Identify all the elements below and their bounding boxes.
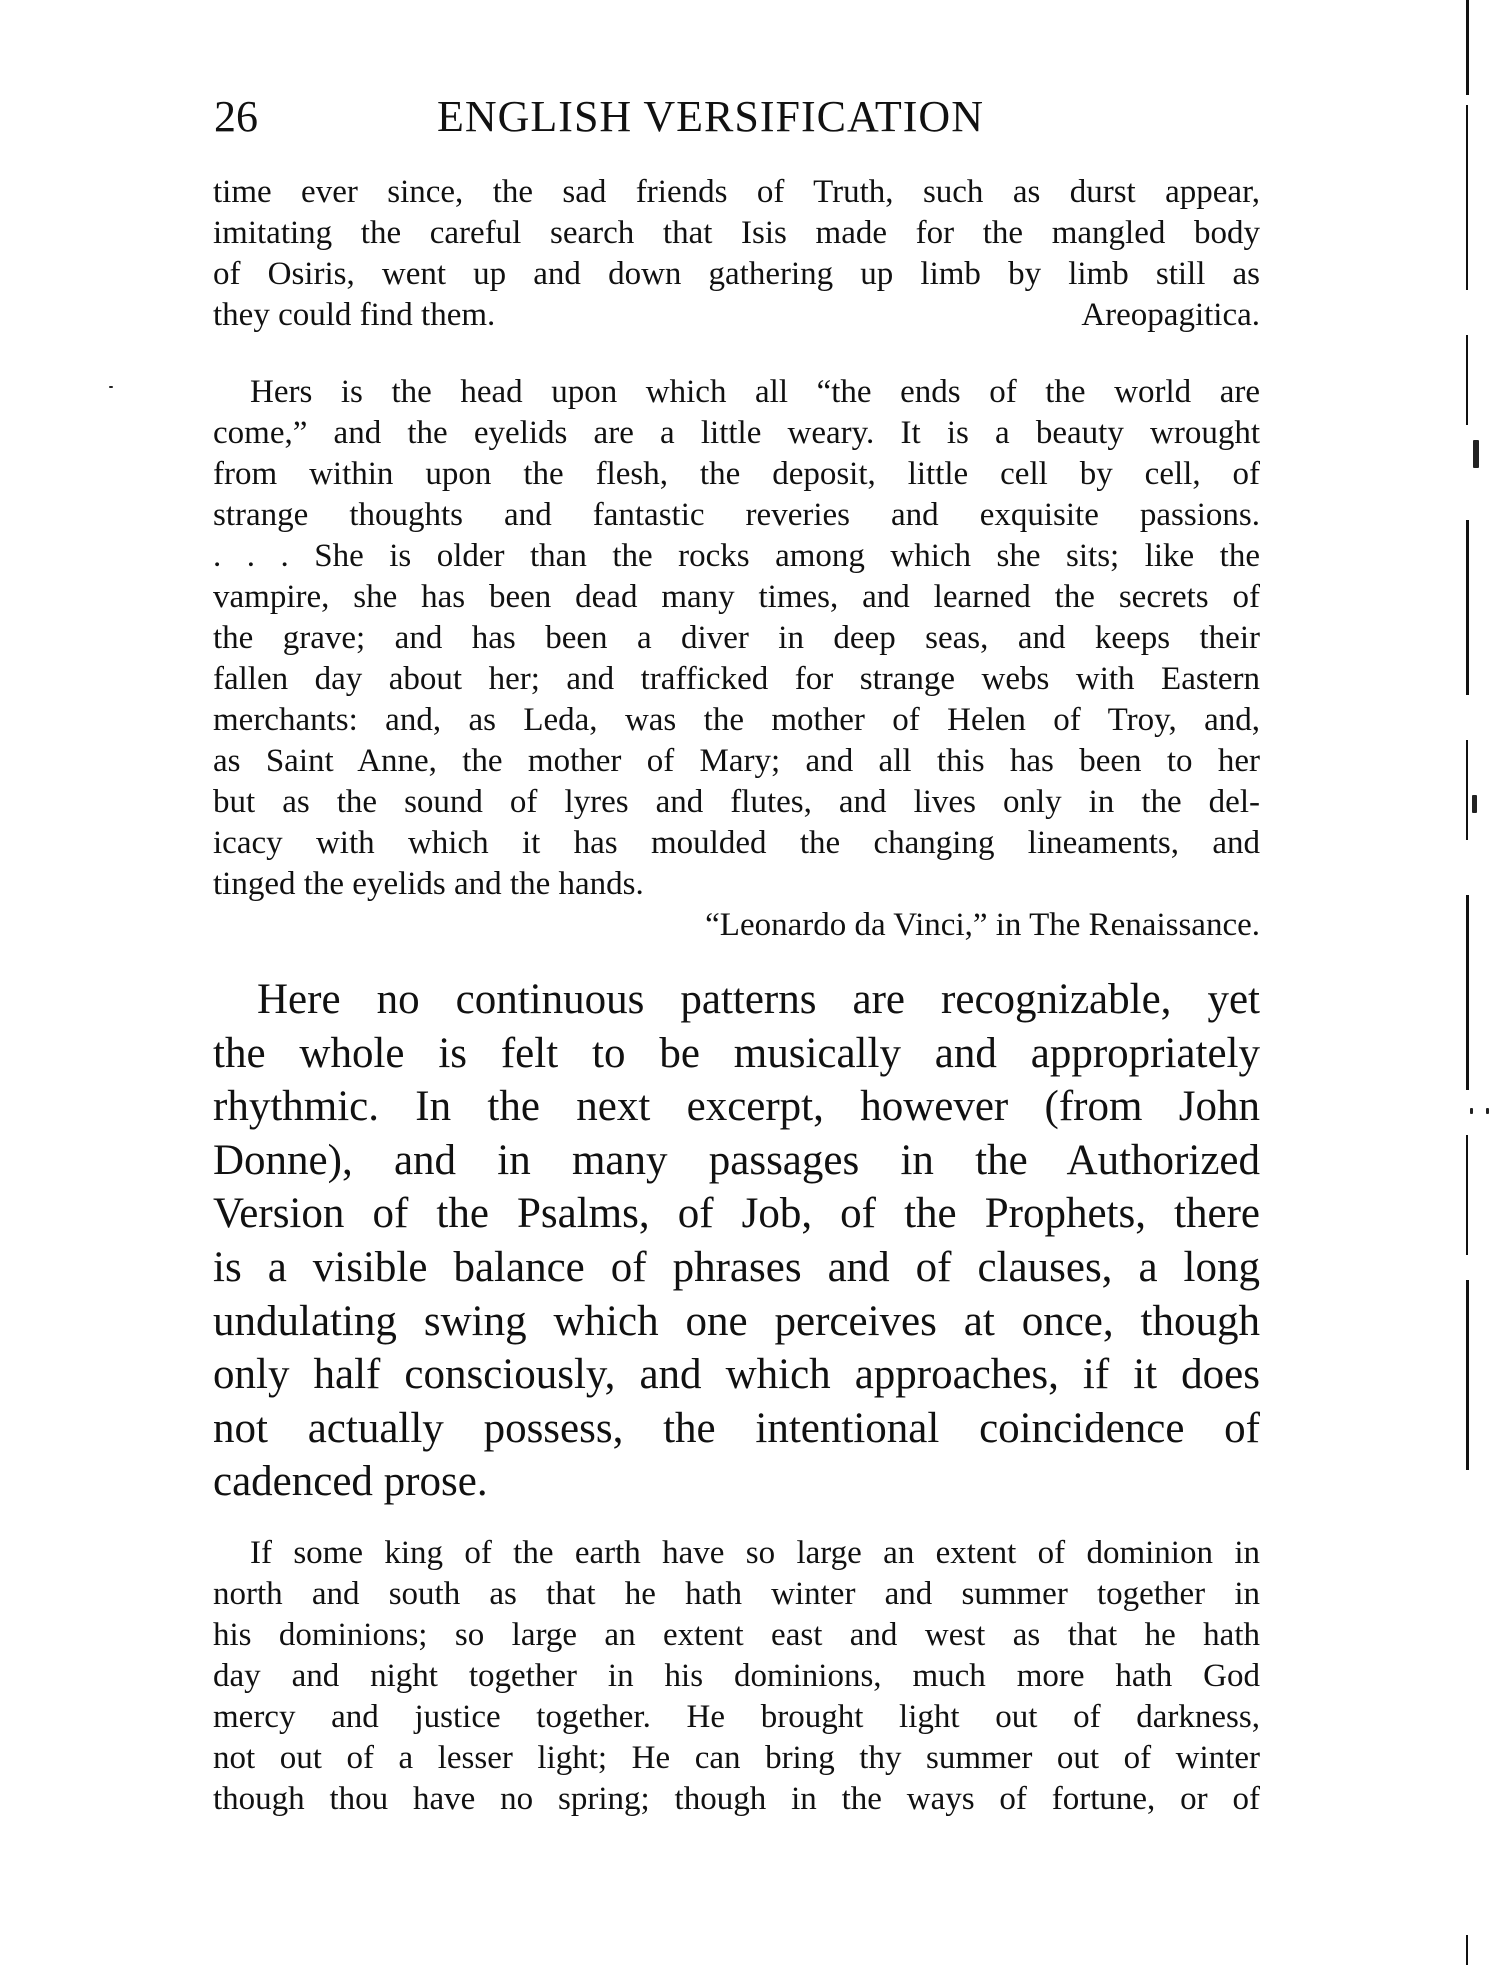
text-line: imitating the careful search that Isis m… [213,213,1260,254]
text-line: from within upon the flesh, the deposit,… [213,454,1260,495]
scan-edge-line [1466,895,1469,1090]
text-line: day and night together in his dominions,… [213,1656,1260,1697]
attribution: “Leonardo da Vinci,” in The Renaissance. [213,905,1260,946]
text-line: they could find them. [213,295,495,336]
text-line: come,” and the eyelids are a little wear… [213,413,1260,454]
page-number: 26 [214,92,258,142]
scan-edge-line [1466,740,1468,840]
scan-speck [1473,440,1479,468]
text-line: If some king of the earth have so large … [213,1533,1260,1574]
text-line: rhythmic. In the next excerpt, however (… [213,1080,1260,1134]
text-line: vampire, she has been dead many times, a… [213,577,1260,618]
text-line: is a visible balance of phrases and of c… [213,1241,1260,1295]
scan-edge-line [1466,105,1468,290]
text-line: his dominions; so large an extent east a… [213,1615,1260,1656]
text-line: north and south as that he hath winter a… [213,1574,1260,1615]
scan-edge-line [1466,1935,1468,1965]
scan-edge-line [1466,1135,1468,1255]
text-line: the grave; and has been a diver in deep … [213,618,1260,659]
quote-donne: If some king of the earth have so large … [213,1533,1260,1820]
main-paragraph: Here no continuous patterns are recogniz… [213,973,1260,1509]
scan-speck [1470,1108,1473,1114]
text-line: though thou have no spring; though in th… [213,1779,1260,1820]
text-line: the whole is felt to be musically and ap… [213,1027,1260,1081]
text-line: Version of the Psalms, of Job, of the Pr… [213,1187,1260,1241]
scan-speck [1472,795,1477,813]
text-line: . . . She is older than the rocks among … [213,536,1260,577]
scan-speck [109,386,113,388]
text-line: undulating swing which one perceives at … [213,1295,1260,1349]
text-line: merchants: and, as Leda, was the mother … [213,700,1260,741]
running-head: 26 ENGLISH VERSIFICATION [214,92,1054,142]
scan-edge-line [1466,0,1469,95]
text-line: not actually possess, the intentional co… [213,1402,1260,1456]
text-line: fallen day about her; and trafficked for… [213,659,1260,700]
text-line: tinged the eyelids and the hands. [213,864,1260,905]
running-title: ENGLISH VERSIFICATION [437,92,984,142]
text-line: Here no continuous patterns are recogniz… [213,973,1260,1027]
text-line: time ever since, the sad friends of Trut… [213,172,1260,213]
scan-edge-line [1466,1280,1469,1470]
text-line: not out of a lesser light; He can bring … [213,1738,1260,1779]
text-line-with-attribution: they could find them. Areopagitica. [213,295,1260,336]
text-line: Hers is the head upon which all “the end… [213,372,1260,413]
text-line: mercy and justice together. He brought l… [213,1697,1260,1738]
text-line: as Saint Anne, the mother of Mary; and a… [213,741,1260,782]
quote-areopagitica: time ever since, the sad friends of Trut… [213,172,1260,336]
text-line: Donne), and in many passages in the Auth… [213,1134,1260,1188]
text-line: icacy with which it has moulded the chan… [213,823,1260,864]
scan-speck [1486,1108,1489,1114]
book-page: 26 ENGLISH VERSIFICATION time ever since… [0,0,1497,1973]
attribution: Areopagitica. [1081,295,1260,336]
text-line: strange thoughts and fantastic reveries … [213,495,1260,536]
text-line: but as the sound of lyres and flutes, an… [213,782,1260,823]
quote-pater-renaissance: Hers is the head upon which all “the end… [213,372,1260,946]
text-line: of Osiris, went up and down gathering up… [213,254,1260,295]
scan-edge-line [1466,520,1469,695]
scan-edge-line [1466,335,1468,425]
text-line: cadenced prose. [213,1455,1260,1509]
text-line: only half consciously, and which approac… [213,1348,1260,1402]
